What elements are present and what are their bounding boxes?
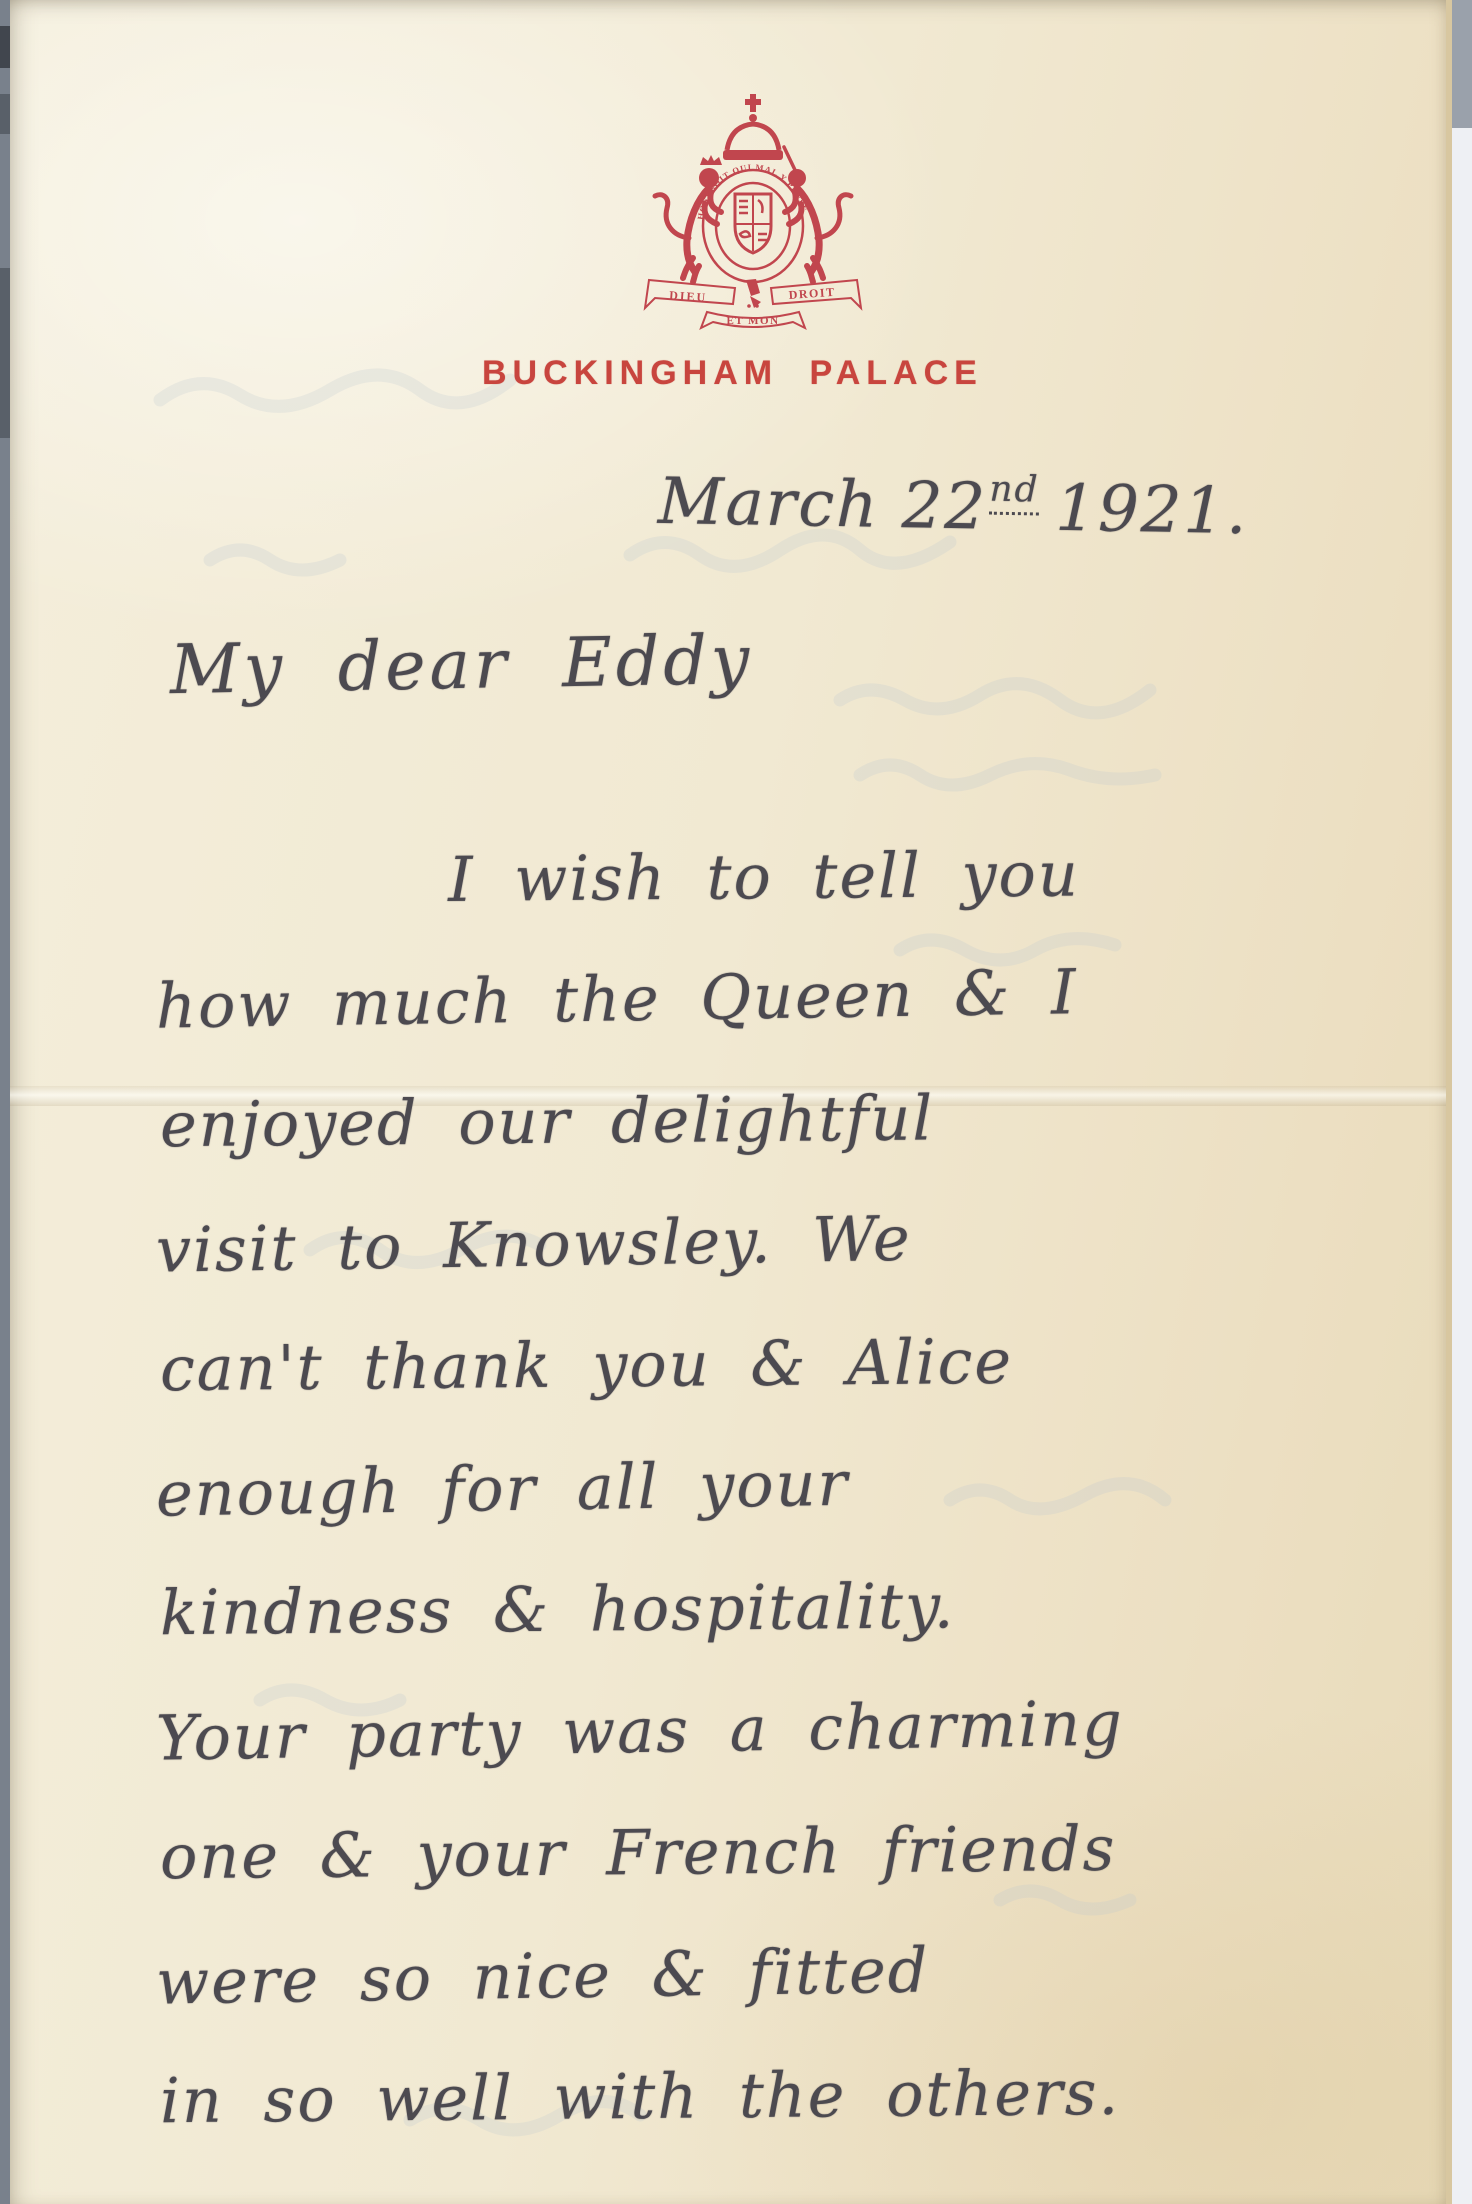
scanner-edge-mark (0, 268, 10, 438)
salutation: My dear Eddy (169, 621, 754, 710)
scanner-edge-left (0, 0, 10, 2204)
lion-icon (655, 155, 722, 282)
body-line: one & your French friends (159, 1788, 1128, 1918)
letter-date: March 22nd1921. (657, 465, 1249, 549)
body-line: kindness & hospitality. (159, 1544, 1128, 1674)
body-line: Your party was a charming (155, 1662, 1125, 1799)
letter-paper: HONI SOIT QUI MAL Y PENSE (10, 0, 1452, 2204)
floral-sprig (755, 304, 759, 308)
floral-sprig (747, 304, 751, 308)
date-ordinal: nd (989, 468, 1040, 515)
palace-name: BUCKINGHAM PALACE (482, 354, 983, 393)
crown-icon (723, 94, 783, 160)
scanner-edge-mark (0, 26, 10, 68)
body-line: how much the Queen & I (155, 930, 1125, 1067)
motto-et-mon: ET MON (726, 315, 779, 327)
scanner-edge-right (1450, 0, 1472, 2204)
date-text: March 22 (657, 465, 987, 545)
royal-coat-of-arms-icon: HONI SOIT QUI MAL Y PENSE (640, 88, 866, 332)
body-line: visit to Knowsley. We (155, 1174, 1125, 1311)
date-year: 1921. (1055, 472, 1249, 549)
scanned-letter: HONI SOIT QUI MAL Y PENSE (0, 0, 1472, 2204)
scanner-edge-right-top (1450, 0, 1472, 128)
body-line: I wish to tell you (447, 813, 1128, 941)
letter-body: I wish to tell you how much the Queen & … (160, 816, 1128, 2158)
shield-icon (735, 194, 771, 253)
unicorn-icon (784, 147, 851, 282)
body-line: in so well with the others. (159, 2032, 1128, 2162)
body-line: enjoyed our delightful (159, 1056, 1128, 1186)
body-line: were so nice & fitted (155, 1906, 1125, 2043)
scanner-edge-mark (0, 94, 10, 134)
motto-dieu: DIEU (669, 288, 708, 305)
body-line: enough for all your (155, 1418, 1125, 1555)
body-line: can't thank you & Alice (159, 1300, 1128, 1430)
